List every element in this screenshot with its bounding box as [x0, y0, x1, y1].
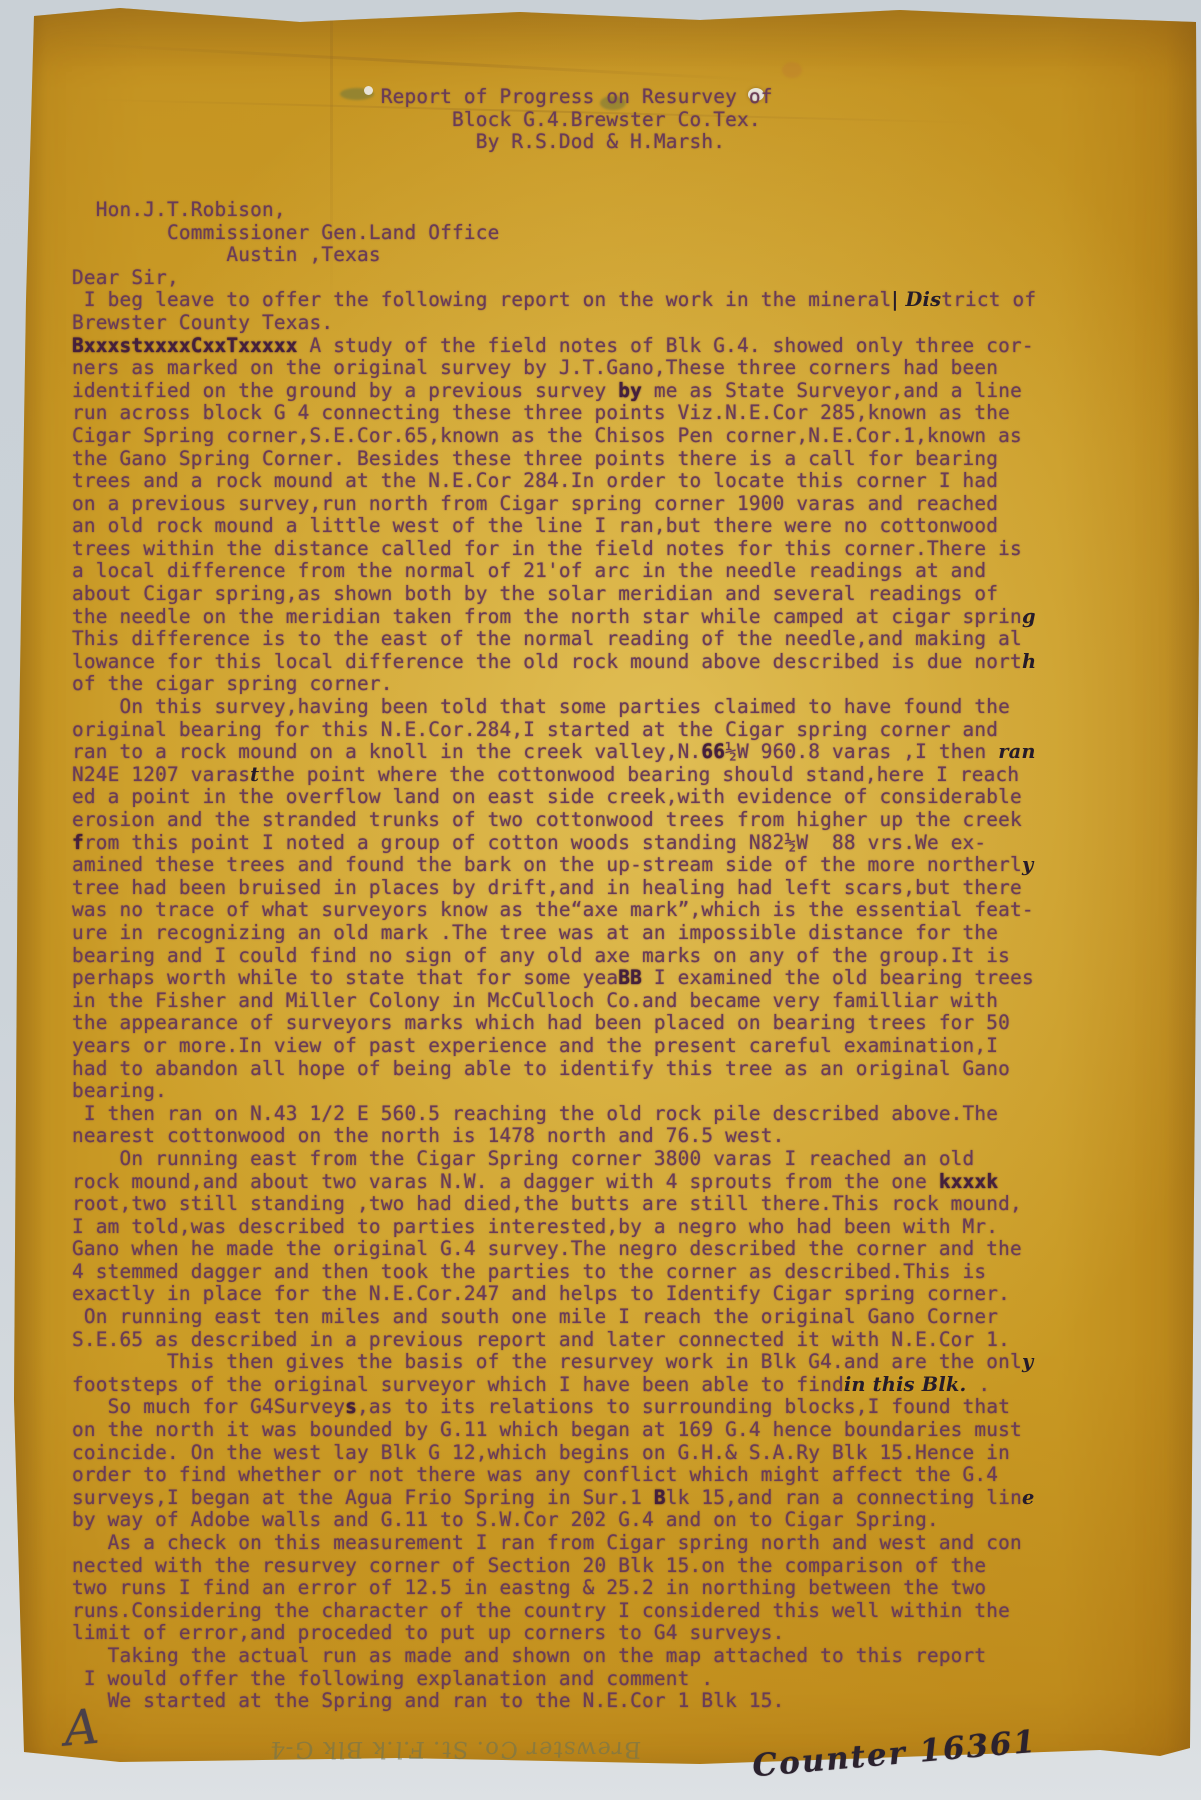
handwritten-segment: ran	[998, 740, 1035, 763]
text-line: in the Fisher and Miller Colony in McCul…	[72, 990, 1132, 1013]
text-line	[72, 176, 1132, 199]
text-line: I beg leave to offer the following repor…	[72, 289, 1132, 312]
text-line: perhaps worth while to state that for so…	[72, 967, 1132, 990]
text-line: Taking the actual run as made and shown …	[72, 1645, 1132, 1668]
text-line: a local difference from the normal of 21…	[72, 560, 1132, 583]
text-line: had to abandon all hope of being able to…	[72, 1058, 1132, 1081]
text-line: an old rock mound a little west of the l…	[72, 515, 1132, 538]
text-line: exactly in place for the N.E.Cor.247 and…	[72, 1283, 1132, 1306]
text-line: bearing and I could find no sign of any …	[72, 945, 1132, 968]
typed-segment: the Gano Spring Corner. Besides these th…	[72, 447, 998, 470]
text-line: trees within the distance called for in …	[72, 538, 1132, 561]
text-line: ed a point in the overflow land on east …	[72, 786, 1132, 809]
typed-segment: perhaps worth while to state that for so…	[72, 966, 618, 989]
typed-segment: had to abandon all hope of being able to…	[72, 1057, 1010, 1080]
typed-segment: limit of error,and proceded to put up co…	[72, 1621, 784, 1644]
text-line: N24E 1207 varastthe point where the cott…	[72, 764, 1132, 787]
typed-segment: ran to a rock mound on a knoll in the cr…	[72, 740, 701, 763]
typed-segment: By R.S.Dod & H.Marsh.	[72, 130, 725, 153]
typed-segment: S.E.65 as described in a previous report…	[72, 1328, 1010, 1351]
text-line: erosion and the stranded trunks of two c…	[72, 809, 1132, 832]
handwritten-segment: t	[250, 763, 259, 786]
overstruck-segment: f	[72, 831, 84, 854]
stain	[782, 62, 802, 78]
text-line: about Cigar spring,as shown both by the …	[72, 583, 1132, 606]
text-line: Report of Progress on Resurvey of	[72, 86, 1132, 109]
typed-segment: On this survey,having been told that som…	[72, 695, 1010, 718]
typed-segment: This then gives the basis of the resurve…	[72, 1350, 1022, 1373]
typed-segment: in the Fisher and Miller Colony in McCul…	[72, 989, 998, 1012]
text-line: I am told,was described to parties inter…	[72, 1216, 1132, 1239]
typed-segment: I would offer the following explanation …	[72, 1667, 713, 1690]
typed-segment: the appearance of surveyors marks which …	[72, 1011, 1010, 1034]
text-line: On this survey,having been told that som…	[72, 696, 1132, 719]
handwritten-segment: in this Blk.	[844, 1373, 967, 1396]
typed-segment: on a previous survey,run north from Ciga…	[72, 492, 998, 515]
text-line: BxxxstxxxxCxxTxxxxx A study of the field…	[72, 335, 1132, 358]
text-line: bearing.	[72, 1080, 1132, 1103]
typed-segment: rom this point I noted a group of cotton…	[84, 831, 986, 854]
typed-segment: On running east ten miles and south one …	[72, 1305, 998, 1328]
text-line: order to find whether or not there was a…	[72, 1464, 1132, 1487]
text-line: nected with the resurvey corner of Secti…	[72, 1555, 1132, 1578]
typed-segment: .	[966, 1373, 990, 1396]
text-line: lowance for this local difference the ol…	[72, 651, 1132, 674]
typed-segment: We started at the Spring and ran to the …	[72, 1689, 784, 1712]
text-line	[72, 154, 1132, 177]
text-line: on the north it was bounded by G.11 whic…	[72, 1419, 1132, 1442]
overstruck-segment: 66	[701, 740, 725, 763]
text-line: by way of Adobe walls and G.11 to S.W.Co…	[72, 1509, 1132, 1532]
text-line: I then ran on N.43 1/2 E 560.5 reaching …	[72, 1103, 1132, 1126]
text-line: Cigar Spring corner,S.E.Cor.65,known as …	[72, 425, 1132, 448]
typed-segment: by way of Adobe walls and G.11 to S.W.Co…	[72, 1508, 939, 1531]
typed-text: Report of Progress on Resurvey of Block …	[72, 86, 1132, 1713]
typed-segment: Block G.4.Brewster Co.Tex.	[72, 108, 761, 131]
typed-segment: the needle on the meridian taken from th…	[72, 605, 1022, 628]
handwritten-segment: h	[1022, 650, 1036, 673]
handwritten-segment: y	[1022, 1350, 1033, 1373]
typed-segment: Hon.J.T.Robison,	[72, 198, 286, 221]
typed-segment: I beg leave to offer the following repor…	[72, 288, 891, 311]
typed-segment: trees within the distance called for in …	[72, 537, 1022, 560]
typed-segment: trict of	[941, 288, 1036, 311]
reverse-pencil-note: Brewster Co. St. F.l.k Blk G-4	[218, 1736, 692, 1762]
text-line: limit of error,and proceded to put up co…	[72, 1622, 1132, 1645]
text-line: surveys,I began at the Agua Frio Spring …	[72, 1487, 1132, 1510]
typed-segment: I am told,was described to parties inter…	[72, 1215, 998, 1238]
typed-segment: order to find whether or not there was a…	[72, 1463, 998, 1486]
handwritten-segment: y	[1022, 853, 1033, 876]
typed-segment: ,as to its relations to surrounding bloc…	[357, 1395, 1010, 1418]
typed-segment: runs.Considering the character of the co…	[72, 1599, 1010, 1622]
typed-segment: on the north it was bounded by G.11 whic…	[72, 1418, 1022, 1441]
text-line: from this point I noted a group of cotto…	[72, 832, 1132, 855]
text-line: the appearance of surveyors marks which …	[72, 1012, 1132, 1035]
typed-segment: Report of Progress on Resurvey of	[72, 85, 773, 108]
text-line: the needle on the meridian taken from th…	[72, 606, 1132, 629]
handwritten-segment: | Dis	[891, 288, 941, 311]
typed-segment: 4 stemmed dagger and then took the parti…	[72, 1260, 986, 1283]
typed-segment: ners as marked on the original survey by…	[72, 356, 998, 379]
text-line: As a check on this measurement I ran fro…	[72, 1532, 1132, 1555]
corner-letter-mark: A	[62, 1699, 101, 1758]
typed-segment: Brewster County Texas.	[72, 311, 333, 334]
text-line: runs.Considering the character of the co…	[72, 1600, 1132, 1623]
typed-segment: original bearing for this N.E.Cor.284,I …	[72, 718, 998, 741]
typed-segment: Dear Sir,	[72, 266, 179, 289]
typed-segment: surveys,I began at the Agua Frio Spring …	[72, 1486, 654, 1509]
typed-segment: On running east from the Cigar Spring co…	[72, 1147, 974, 1170]
text-line: ran to a rock mound on a knoll in the cr…	[72, 741, 1132, 764]
text-line: 4 stemmed dagger and then took the parti…	[72, 1261, 1132, 1284]
text-line: This then gives the basis of the resurve…	[72, 1351, 1132, 1374]
typed-segment: So much for G4Survey	[72, 1395, 345, 1418]
text-line: identified on the ground by a previous s…	[72, 380, 1132, 403]
text-line: On running east ten miles and south one …	[72, 1306, 1132, 1329]
text-line: original bearing for this N.E.Cor.284,I …	[72, 719, 1132, 742]
typed-segment: coincide. On the west lay Blk G 12,which…	[72, 1441, 1010, 1464]
typed-segment: This difference is to the east of the no…	[72, 627, 1022, 650]
text-line: rock mound,and about two varas N.W. a da…	[72, 1171, 1132, 1194]
text-line: of the cigar spring corner.	[72, 673, 1132, 696]
text-line: This difference is to the east of the no…	[72, 628, 1132, 651]
text-line: nearest cottonwood on the north is 1478 …	[72, 1125, 1132, 1148]
typed-segment: of the cigar spring corner.	[72, 672, 393, 695]
typed-segment: years or more.In view of past experience…	[72, 1034, 998, 1057]
text-line: S.E.65 as described in a previous report…	[72, 1329, 1132, 1352]
typed-segment: an old rock mound a little west of the l…	[72, 514, 998, 537]
typed-segment: root,two still standing ,two had died,th…	[72, 1192, 1022, 1215]
text-line: Gano when he made the original G.4 surve…	[72, 1238, 1132, 1261]
typed-segment: trees and a rock mound at the N.E.Cor 28…	[72, 469, 998, 492]
overstruck-segment: BB	[618, 966, 642, 989]
typed-segment: nected with the resurvey corner of Secti…	[72, 1554, 986, 1577]
typed-segment: lk 15,and ran a connecting lin	[666, 1486, 1022, 1509]
text-line: Hon.J.T.Robison,	[72, 199, 1132, 222]
text-line: On running east from the Cigar Spring co…	[72, 1148, 1132, 1171]
typed-segment: two runs I find an error of 12.5 in east…	[72, 1576, 986, 1599]
typed-segment: lowance for this local difference the ol…	[72, 650, 1022, 673]
text-line: on a previous survey,run north from Ciga…	[72, 493, 1132, 516]
handwritten-segment: g	[1022, 605, 1036, 628]
typed-segment: As a check on this measurement I ran fro…	[72, 1531, 1022, 1554]
text-line: was no trace of what surveyors know as t…	[72, 899, 1132, 922]
handwritten-segment: e	[1022, 1486, 1035, 1509]
text-line: footsteps of the original surveyor which…	[72, 1374, 1132, 1397]
typed-segment: nearest cottonwood on the north is 1478 …	[72, 1124, 784, 1147]
text-line: years or more.In view of past experience…	[72, 1035, 1132, 1058]
text-line: Block G.4.Brewster Co.Tex.	[72, 109, 1132, 132]
typed-segment: Gano when he made the original G.4 surve…	[72, 1237, 1022, 1260]
text-line: Dear Sir,	[72, 267, 1132, 290]
typed-segment: a local difference from the normal of 21…	[72, 559, 986, 582]
overstruck-segment: by	[618, 379, 642, 402]
text-line: amined these trees and found the bark on…	[72, 854, 1132, 877]
typed-segment: I then ran on N.43 1/2 E 560.5 reaching …	[72, 1102, 998, 1125]
text-line: root,two still standing ,two had died,th…	[72, 1193, 1132, 1216]
typed-segment: bearing and I could find no sign of any …	[72, 944, 1010, 967]
text-line: ners as marked on the original survey by…	[72, 357, 1132, 380]
text-line: two runs I find an error of 12.5 in east…	[72, 1577, 1132, 1600]
typed-segment: A study of the field notes of Blk G.4. s…	[298, 334, 1034, 357]
typed-segment: about Cigar spring,as shown both by the …	[72, 582, 998, 605]
typed-segment: tree had been bruised in places by drift…	[72, 876, 1022, 899]
text-line: Austin ,Texas	[72, 244, 1132, 267]
typed-segment: amined these trees and found the bark on…	[72, 853, 1022, 876]
text-line: Commissioner Gen.Land Office	[72, 222, 1132, 245]
typed-segment: I examined the old bearing trees	[642, 966, 1034, 989]
typed-segment: N24E 1207 varas	[72, 763, 250, 786]
text-line: coincide. On the west lay Blk G 12,which…	[72, 1442, 1132, 1465]
paper-crease	[60, 42, 759, 82]
scanned-document-page: { "colors": { "paper": "#e4c862", "typed…	[0, 0, 1201, 1800]
overstruck-segment: s	[345, 1395, 357, 1418]
typed-segment: ½W 960.8 varas ,I then	[725, 740, 998, 763]
overstruck-segment: BxxxstxxxxCxxTxxxxx	[72, 334, 298, 357]
typed-segment: was no trace of what surveyors know as t…	[72, 898, 1034, 921]
typed-segment: erosion and the stranded trunks of two c…	[72, 808, 1022, 831]
typed-segment: Cigar Spring corner,S.E.Cor.65,known as …	[72, 424, 1022, 447]
overstruck-segment: B	[654, 1486, 666, 1509]
typed-segment: Taking the actual run as made and shown …	[72, 1644, 986, 1667]
typed-segment: exactly in place for the N.E.Cor.247 and…	[72, 1282, 1010, 1305]
text-line: run across block G 4 connecting these th…	[72, 402, 1132, 425]
text-line: trees and a rock mound at the N.E.Cor 28…	[72, 470, 1132, 493]
typed-segment: bearing.	[72, 1079, 167, 1102]
typed-segment: run across block G 4 connecting these th…	[72, 401, 1010, 424]
text-line: By R.S.Dod & H.Marsh.	[72, 131, 1132, 154]
text-line: I would offer the following explanation …	[72, 1668, 1132, 1691]
text-line: tree had been bruised in places by drift…	[72, 877, 1132, 900]
typed-segment: ed a point in the overflow land on east …	[72, 785, 1022, 808]
typed-segment: Commissioner Gen.Land Office	[72, 221, 499, 244]
typed-segment: rock mound,and about two varas N.W. a da…	[72, 1170, 939, 1193]
text-line: So much for G4Surveys,as to its relation…	[72, 1396, 1132, 1419]
typed-segment: ure in recognizing an old mark .The tree…	[72, 921, 998, 944]
text-line: the Gano Spring Corner. Besides these th…	[72, 448, 1132, 471]
typed-segment: identified on the ground by a previous s…	[72, 379, 618, 402]
typed-segment: me as State Surveyor,and a line	[642, 379, 1022, 402]
text-line: ure in recognizing an old mark .The tree…	[72, 922, 1132, 945]
typed-segment: Austin ,Texas	[72, 243, 381, 266]
typed-segment: footsteps of the original surveyor which…	[72, 1373, 844, 1396]
text-line: We started at the Spring and ran to the …	[72, 1690, 1132, 1713]
text-line: Brewster County Texas.	[72, 312, 1132, 335]
overstruck-segment: kxxxk	[939, 1170, 998, 1193]
typed-segment: the point where the cottonwood bearing s…	[259, 763, 1019, 786]
